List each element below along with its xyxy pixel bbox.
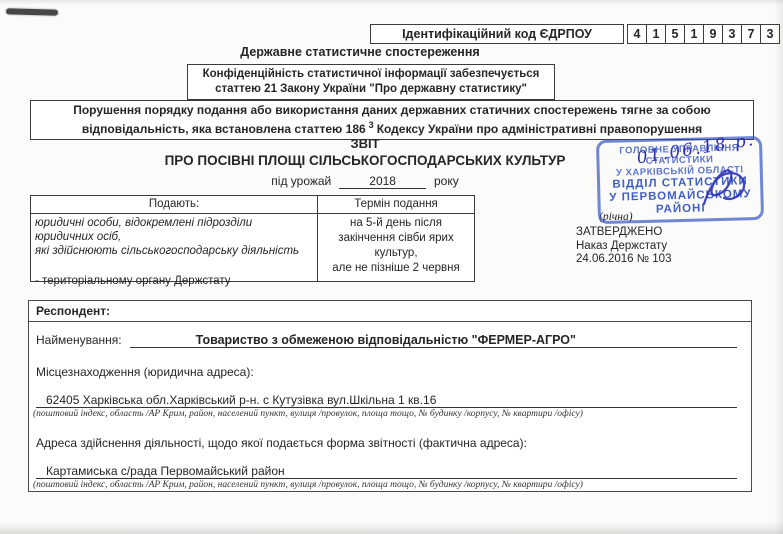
respondent-name-label: Найменування: [36,333,122,348]
violation-line2: відповідальність, яка встановлена статте… [31,118,753,137]
violation-line1: Порушення порядку подання або використан… [31,103,753,118]
violation-line2-pre: відповідальність, яка встановлена статте… [82,122,366,136]
violation-line2-post: Кодексу України про адміністративні прав… [377,122,703,136]
deadline-column-header: Термін подання [318,196,474,213]
submitters-who-line1: юридичні особи, відокремлені підрозділи … [35,216,313,244]
deadline-line1: на 5-й день після [318,216,474,231]
confidentiality-line1: Конфіденційність статистичної інформації… [188,67,554,82]
violation-warning-box: Порушення порядку подання або використан… [30,100,754,140]
deadline-line2: закінчення сівби ярих культур, [318,231,474,261]
actual-address-value: Картамиська с/рада Первомайський район [36,464,737,478]
deadline-line3: але не пізніше 2 червня [318,261,474,276]
confidentiality-line2: статтею 21 Закону України "Про державну … [188,82,554,97]
respondent-name-field: Товариство з обмеженою відповідальністю … [130,333,737,348]
approval-approved: ЗАТВЕРДЖЕНО [576,226,671,240]
approval-block: ЗАТВЕРДЖЕНО Наказ Держстату 24.06.2016 №… [576,226,671,267]
respondent-section-label: Респондент: [29,301,751,322]
legal-address-field: 62405 Харківська обл.Харківський р-н. с … [36,393,737,408]
scan-edge-shade-top [0,0,783,5]
submitters-column-header: Подають: [31,196,318,213]
legal-address-hint: (поштовий індекс, область /АР Крим, райо… [33,409,751,419]
statistical-report-form: Ідентифікаційний код ЄДРПОУ 4 1 5 1 9 3 … [0,0,783,534]
respondent-section: Респондент: Найменування: Товариство з о… [28,300,752,492]
scan-edge-shade-right [774,0,783,534]
edrpou-code-cells: 4 1 5 1 9 3 7 3 [628,24,780,44]
edrpou-digit: 7 [741,24,761,44]
harvest-year-prefix: під урожай [271,174,331,188]
submitters-who-line2: які здійснюють сільськогосподарську діял… [35,244,313,258]
submission-info-table: Подають: Термін подання юридичні особи, … [30,195,475,282]
harvest-year-value: 2018 [339,174,426,189]
edrpou-digit: 3 [722,24,742,44]
legal-address-value: 62405 Харківська обл.Харківський р-н. с … [36,393,737,407]
edrpou-digit: 5 [665,24,685,44]
actual-address-label: Адреса здійснення діяльності, щодо якої … [36,436,751,450]
scan-artifact-mark [6,8,58,15]
edrpou-digit: 9 [703,24,723,44]
edrpou-digit: 4 [627,24,647,44]
state-observation-heading: Державне статистичне спостереження [0,45,720,59]
violation-statute-superscript: 3 [369,120,374,130]
edrpou-digit: 1 [646,24,666,44]
confidentiality-box: Конфіденційність статистичної інформації… [187,64,555,100]
deadline-cell: на 5-й день після закінчення сівби ярих … [318,214,474,282]
harvest-year-suffix: року [434,174,459,188]
legal-address-label: Місцезнаходження (юридична адреса): [36,365,751,379]
submission-table-body-row: юридичні особи, відокремлені підрозділи … [31,214,474,282]
submission-table-header-row: Подають: Термін подання [31,196,474,214]
submitters-to-whom: - територіальному органу Держстату [35,274,313,288]
respondent-name-value: Товариство з обмеженою відповідальністю … [130,333,737,347]
approval-order: Наказ Держстату [576,240,671,254]
submitters-cell: юридичні особи, відокремлені підрозділи … [31,214,318,282]
respondent-name-row: Найменування: Товариство з обмеженою від… [36,333,737,348]
actual-address-hint: (поштовий індекс, область /АР Крим, райо… [33,480,751,490]
edrpou-digit: 1 [684,24,704,44]
edrpou-label: Ідентифікаційний код ЄДРПОУ [370,24,624,44]
handwritten-signature-icon [694,158,752,210]
approval-order-date: 24.06.2016 № 103 [576,253,671,267]
scan-edge-shade-bottom [0,522,783,534]
edrpou-block: Ідентифікаційний код ЄДРПОУ 4 1 5 1 9 3 … [370,24,780,44]
actual-address-field: Картамиська с/рада Первомайський район [36,464,737,479]
